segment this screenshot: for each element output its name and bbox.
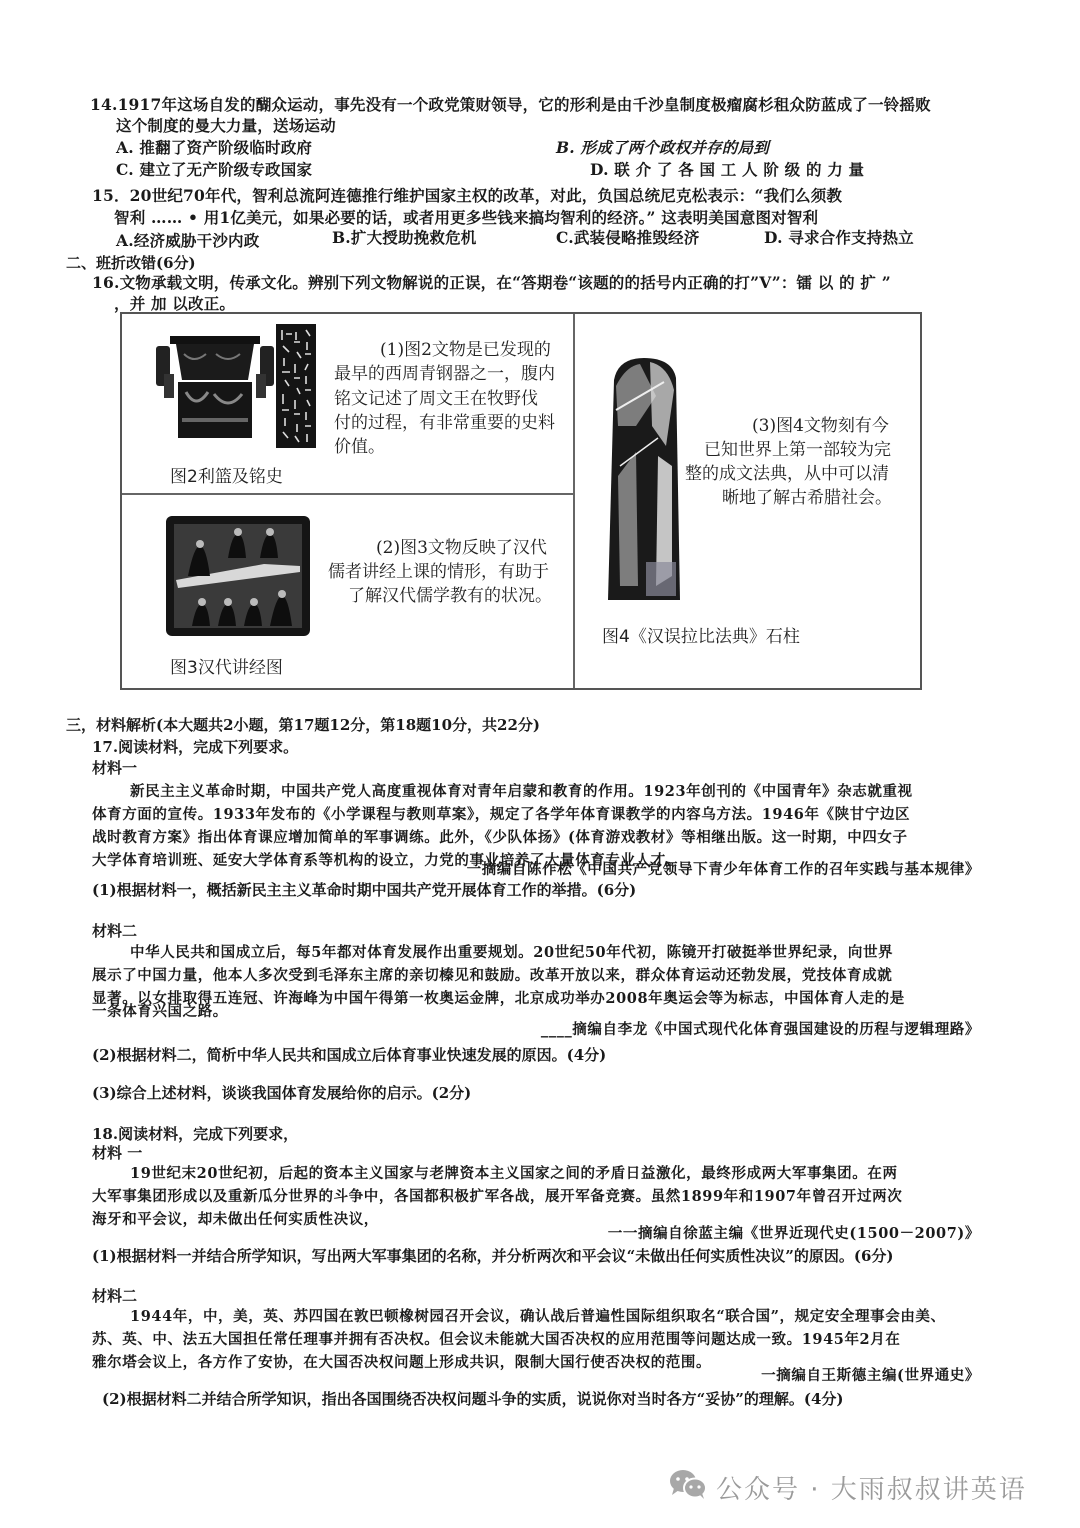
q17-material2-label: 材料二 [92,920,137,941]
section3-title: 三，材料解析(本大题共2小题，第17题12分，第18题10分，共22分) [66,714,540,735]
q18-material1-line2: 大军事集团形成以及重新瓜分世界的斗争中，各国都积极扩军各战，展开军备竞赛。虽然1… [92,1185,902,1206]
artifact2-text-line1: (2)图3文物反映了汉代 [376,536,547,561]
artifact2-caption: 图3汉代讲经图 [170,653,283,678]
artifact2-text-line2: 儒者讲经上课的情形，有助于 [328,560,549,585]
artifact1-text-line4: 付的过程，有非常重要的史料 [334,411,555,436]
q18-sub2: (2)根据材料二并结合所学知识，指出各国围绕否决权问题斗争的实质，说说你对当时各… [102,1388,844,1409]
q15-stem-line2: 智利 …… • 用1亿美元，如果必要的话，或者用更多些钱来搞均智利的经济。” 这… [114,208,818,228]
stone-stele-image [606,356,682,604]
wechat-watermark: 公众号 · 大雨叔叔讲英语 [668,1468,1027,1507]
q18-sub1: (1)根据材料一并结合所学知识，写出两大军事集团的名称，并分析两次和平会议“未做… [92,1245,894,1266]
q15-option-c: C.武装侵略推毁经济 [556,228,699,248]
table-divider-vertical [573,314,575,688]
artifact3-text-line2: 已知世界上第一部较为完 [704,438,891,463]
han-lecture-relief-image [164,514,312,638]
watermark-text: 公众号 · 大雨叔叔讲英语 [716,1469,1027,1506]
q17-material2-line1: 中华人民共和国成立后，每5年都对体育发展作出重要规划。20世纪50年代初，陈镜开… [130,941,893,962]
q17-material2-line2: 展示了中国力量，他本人多次受到毛泽东主席的亲切榛见和鼓励。改革开放以来，群众体育… [92,964,892,985]
q18-material1-source: 一一摘编自徐蓝主编《世界近现代史(1500－2007)》 [608,1222,980,1243]
q15-option-a: A.经济威胁干沙内政 [116,231,259,251]
q17-material2-source: ____摘编自李龙《中国式现代化体育强国建设的历程与逻辑理路》 [541,1018,980,1039]
artifact1-text-line3: 铭文记述了周文王在牧野伐 [334,387,538,412]
artifact2-text-line3: 了解汉代儒学教有的状况。 [348,584,552,609]
q17-sub3: (3)综合上述材料，谈谈我国体育发展给你的启示。(2分) [92,1082,471,1103]
q17-material1-line2: 体育方面的宣传。1933年发布的《小学课程与教则草案》，规定了各学年体育课教学的… [92,803,910,824]
q18-material1-line3: 海牙和平会议，却未做出任何实质性决议， [92,1208,379,1229]
q18-material1-line1: 19世纪末20世纪初，后起的资本主义国家与老牌资本主义国家之间的矛盾日益激化，最… [130,1162,898,1183]
q18-material2-line3: 雅尔塔会议上，各方作了安协，在大国否决权问题上形成共识，限制大国行使否决权的范围… [92,1351,711,1372]
q18-intro: 18.阅读材料，完成下列要求， [92,1123,298,1144]
bronze-vessel-image [156,332,274,442]
q14-option-c: C. 建立了无产阶级专政国家 [116,160,312,180]
q16-stem-line1: 16.文物承载文明，传承文化。辨别下列文物解说的正误，在“答期卷“该题的的括号内… [92,273,891,293]
q17-sub1: (1)根据材料一，概括新民主主义革命时期中国共产党开展体育工作的举措。(6分) [92,879,636,900]
q18-material2-label: 材料二 [92,1285,137,1306]
section2-title: 二、班折改错(6分) [66,252,196,273]
q14-stem-line1: 14.1917年这场自发的醐众运动，事先没有一个政党策财领导，它的形利是由千沙皇… [90,95,931,115]
q14-option-a: A. 推翻了资产阶级临时政府 [116,138,312,158]
q15-option-b: B.扩大授助挽救危机 [332,228,477,248]
q18-material2-line2: 苏、英、中、法五大国担任常任理事并拥有否决权。但会议未能就大国否决权的应用范围等… [92,1328,900,1349]
inscription-rubbing-image [276,324,316,448]
artifact3-caption: 图4《汉误拉比法典》石柱 [602,622,800,647]
q14-stem-line2: 这个制度的曼大力量，送场运动 [116,116,336,136]
q18-material2-line1: 1944年，中，美，英、苏四国在敦巴顿橡树园召开会议，确认战后普遍性国际组织取名… [130,1305,946,1326]
q17-material1-source: 一摘编自陈作松《中国共产党领导下青少年体育工作的召年实践与基本规律》 [467,858,980,879]
q16-stem-line2: ，并 加 以改正。 [114,294,235,314]
q14-option-d: D. 联 介 了 各 国 工 人 阶 级 的 力 量 [590,160,864,180]
wechat-icon [668,1468,708,1507]
artifact1-text-line1: (1)图2文物是已发现的 [380,338,551,363]
q17-intro: 17.阅读材料，完成下列要求。 [92,736,298,757]
q14-option-b: B. 形成了两个政权并存的局到 [556,138,769,158]
q18-material1-label: 材料 一 [92,1142,142,1163]
artifact-table: (1)图2文物是已发现的 最早的西周青钢器之一，腹内 铭文记述了周文王在牧野伐 … [120,312,922,690]
artifact3-text-line4: 晰地了解古希腊社会。 [722,486,892,511]
artifact1-text-line5: 价值。 [334,435,385,460]
artifact3-text-line3: 整的成文法典，从中可以清 [685,462,889,487]
q17-material1-line3: 战时教育方案》指出体育课应增加简单的军事调练。此外，《少队体扬》(体育游戏教材》… [92,826,908,847]
q17-material2-line4: 一条体育兴国之路。 [92,1000,228,1021]
q18-material2-source: 一摘编自王斯德主编(世界通史》 [761,1364,980,1385]
q15-stem-line1: 15．20世纪70年代，智利总流阿连德推行维护国家主权的改革，对此，负国总统尼克… [92,186,842,206]
artifact3-text-line1: (3)图4文物刻有今 [752,414,889,439]
q15-option-d: D. 寻求合作支持热立 [764,228,914,248]
q17-material1-line1: 新民主主义革命时期，中国共产党人高度重视体育对青年启蒙和教育的作用。1923年创… [130,780,913,801]
q17-sub2: (2)根据材料二，简析中华人民共和国成立后体育事业快速发展的原因。(4分) [92,1044,606,1065]
artifact1-text-line2: 最早的西周青钢器之一，腹内 [334,362,555,387]
artifact1-caption: 图2利篮及铭史 [170,462,283,487]
q17-material1-label: 材料一 [92,757,137,778]
table-divider-horizontal [122,493,574,495]
